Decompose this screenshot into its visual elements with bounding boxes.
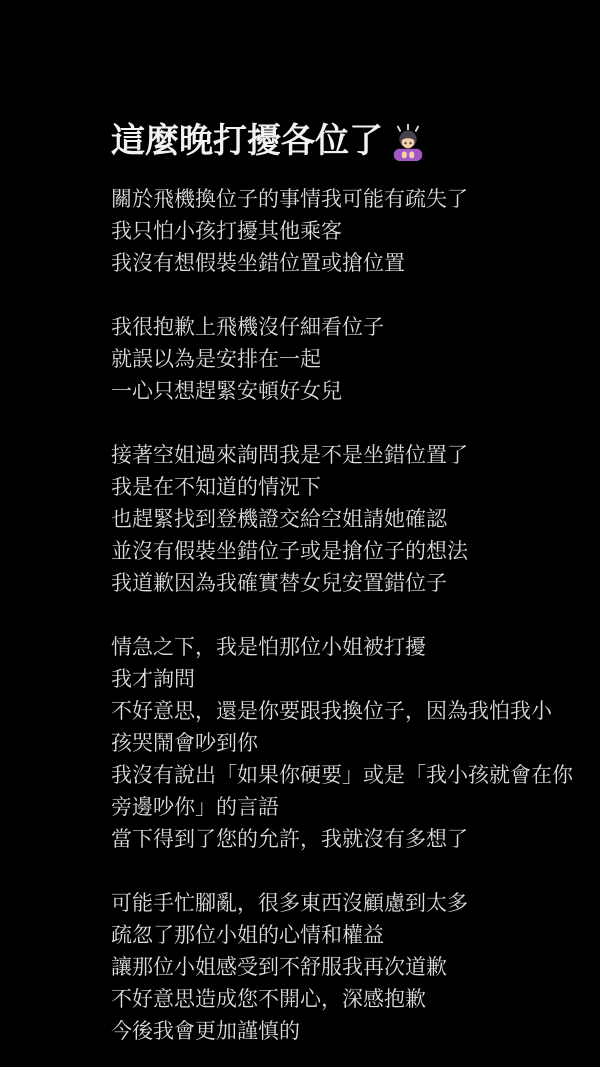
story-content: 這麼晚打擾各位了 xyxy=(111,118,591,1048)
text-line: 我道歉因為我確實替女兒安置錯位子 xyxy=(111,568,591,600)
text-line: 就誤以為是安排在一起 xyxy=(111,344,591,376)
woman-bowing-emoji xyxy=(389,124,427,162)
paragraph: 情急之下，我是怕那位小姐被打擾 我才詢問 不好意思，還是你要跟我換位子，因為我怕… xyxy=(111,632,591,856)
text-line: 可能手忙腳亂，很多東西沒顧慮到太多 xyxy=(111,888,591,920)
text-line: 我只怕小孩打擾其他乘客 xyxy=(111,216,591,248)
text-line: 讓那位小姐感受到不舒服我再次道歉 xyxy=(111,952,591,984)
paragraph: 關於飛機換位子的事情我可能有疏失了 我只怕小孩打擾其他乘客 我沒有想假裝坐錯位置… xyxy=(111,184,591,280)
post-title-row: 這麼晚打擾各位了 xyxy=(111,118,591,164)
text-line: 不好意思，還是你要跟我換位子，因為我怕我小 xyxy=(111,696,591,728)
text-line: 旁邊吵你」的言語 xyxy=(111,792,591,824)
paragraph: 我很抱歉上飛機沒仔細看位子 就誤以為是安排在一起 一心只想趕緊安頓好女兒 xyxy=(111,312,591,408)
story-screen: 這麼晚打擾各位了 xyxy=(0,0,600,1067)
text-line: 情急之下，我是怕那位小姐被打擾 xyxy=(111,632,591,664)
text-line: 我沒有想假裝坐錯位置或搶位置 xyxy=(111,248,591,280)
text-line: 我很抱歉上飛機沒仔細看位子 xyxy=(111,312,591,344)
text-line: 關於飛機換位子的事情我可能有疏失了 xyxy=(111,184,591,216)
text-line: 不好意思造成您不開心，深感抱歉 xyxy=(111,984,591,1016)
text-line: 當下得到了您的允許，我就沒有多想了 xyxy=(111,824,591,856)
text-line: 接著空姐過來詢問我是不是坐錯位置了 xyxy=(111,440,591,472)
text-line: 今後我會更加謹慎的 xyxy=(111,1016,591,1048)
text-line: 孩哭鬧會吵到你 xyxy=(111,728,591,760)
text-line: 並沒有假裝坐錯位子或是搶位子的想法 xyxy=(111,536,591,568)
paragraph: 接著空姐過來詢問我是不是坐錯位置了 我是在不知道的情況下 也趕緊找到登機證交給空… xyxy=(111,440,591,600)
post-title: 這麼晚打擾各位了 xyxy=(111,118,383,164)
text-line: 我沒有說出「如果你硬要」或是「我小孩就會在你 xyxy=(111,760,591,792)
text-line: 也趕緊找到登機證交給空姐請她確認 xyxy=(111,504,591,536)
paragraph: 可能手忙腳亂，很多東西沒顧慮到太多 疏忽了那位小姐的心情和權益 讓那位小姐感受到… xyxy=(111,888,591,1048)
text-line: 我才詢問 xyxy=(111,664,591,696)
text-line: 疏忽了那位小姐的心情和權益 xyxy=(111,920,591,952)
text-line: 一心只想趕緊安頓好女兒 xyxy=(111,376,591,408)
text-line: 我是在不知道的情況下 xyxy=(111,472,591,504)
